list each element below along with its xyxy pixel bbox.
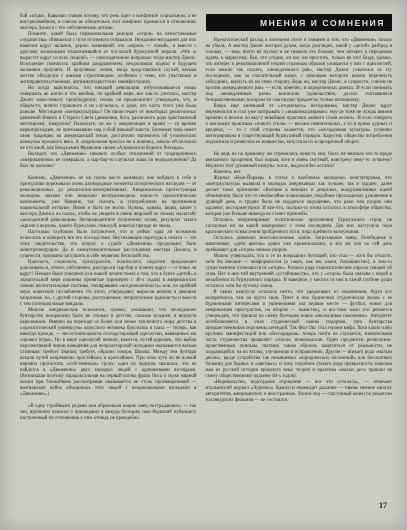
paragraph: Настолько глубоким было потрясение, что … xyxy=(20,230,197,260)
magazine-page: бой «отцы». Кавычки ставим потому, что р… xyxy=(0,0,407,530)
text-section: Конечно, «Движение» не на голом месте во… xyxy=(20,176,197,398)
left-column: бой «отцы». Кавычки ставим потому, что р… xyxy=(20,14,197,422)
paragraph: Идеологи, социологи, культурологи, полит… xyxy=(20,260,197,308)
paragraph: «В одну стройными рядами они образовали … xyxy=(20,404,197,422)
paragraph: Конечно, «Движение» не на голом месте во… xyxy=(20,176,197,230)
paragraph: Но ведь не на приманку же стремились поп… xyxy=(206,152,392,170)
paragraph: Остались непримиримые политические проти… xyxy=(206,218,392,236)
paragraph: «Недовольство, подспудное отрицание — вс… xyxy=(206,380,392,404)
paragraph: Идеологический разлад в конечном счете и… xyxy=(206,38,392,104)
paragraph: Остались довольно многочисленные хиппи. … xyxy=(206,236,392,254)
paragraph: Вчера еще кипевший от «отцовского» негод… xyxy=(206,104,392,146)
rubric-banner: МНЕНИЯ И СОМНЕНИЯ xyxy=(206,14,392,31)
text-section: Идеологический разлад в конечном счете и… xyxy=(206,38,392,146)
page-number: 17 xyxy=(379,501,387,510)
rubric-title: МНЕНИЯ И СОМНЕНИЯ xyxy=(260,20,385,26)
paragraph: Журнал «Нью-Йоркер» в статье о проблемах… xyxy=(206,176,392,218)
paragraph: Выходит, что «Движение» никаких особых о… xyxy=(20,152,197,170)
paragraph: Но когда выяснилось, что никакой революц… xyxy=(20,86,197,152)
text-section: бой «отцы». Кавычки ставим потому, что р… xyxy=(20,14,197,170)
paragraph: Можно утверждать, что и те из вчерашних … xyxy=(206,254,392,290)
text-section: «В одну стройными рядами они образовали … xyxy=(20,404,197,422)
paragraph: бой «отцы». Кавычки ставим потому, что р… xyxy=(20,14,197,32)
paragraph: Многие американские психологи, однако, у… xyxy=(20,308,197,398)
right-column: МНЕНИЯ И СОМНЕНИЯ Идеологический разлад … xyxy=(206,14,392,422)
paragraph: В самих кампусах осталось нечто, что уде… xyxy=(206,290,392,380)
columns-container: бой «отцы». Кавычки ставим потому, что р… xyxy=(0,0,407,422)
paragraph: Помните, какой была первоначальная реакц… xyxy=(20,32,197,86)
text-section: Но ведь не на приманку же стремились поп… xyxy=(206,152,392,404)
